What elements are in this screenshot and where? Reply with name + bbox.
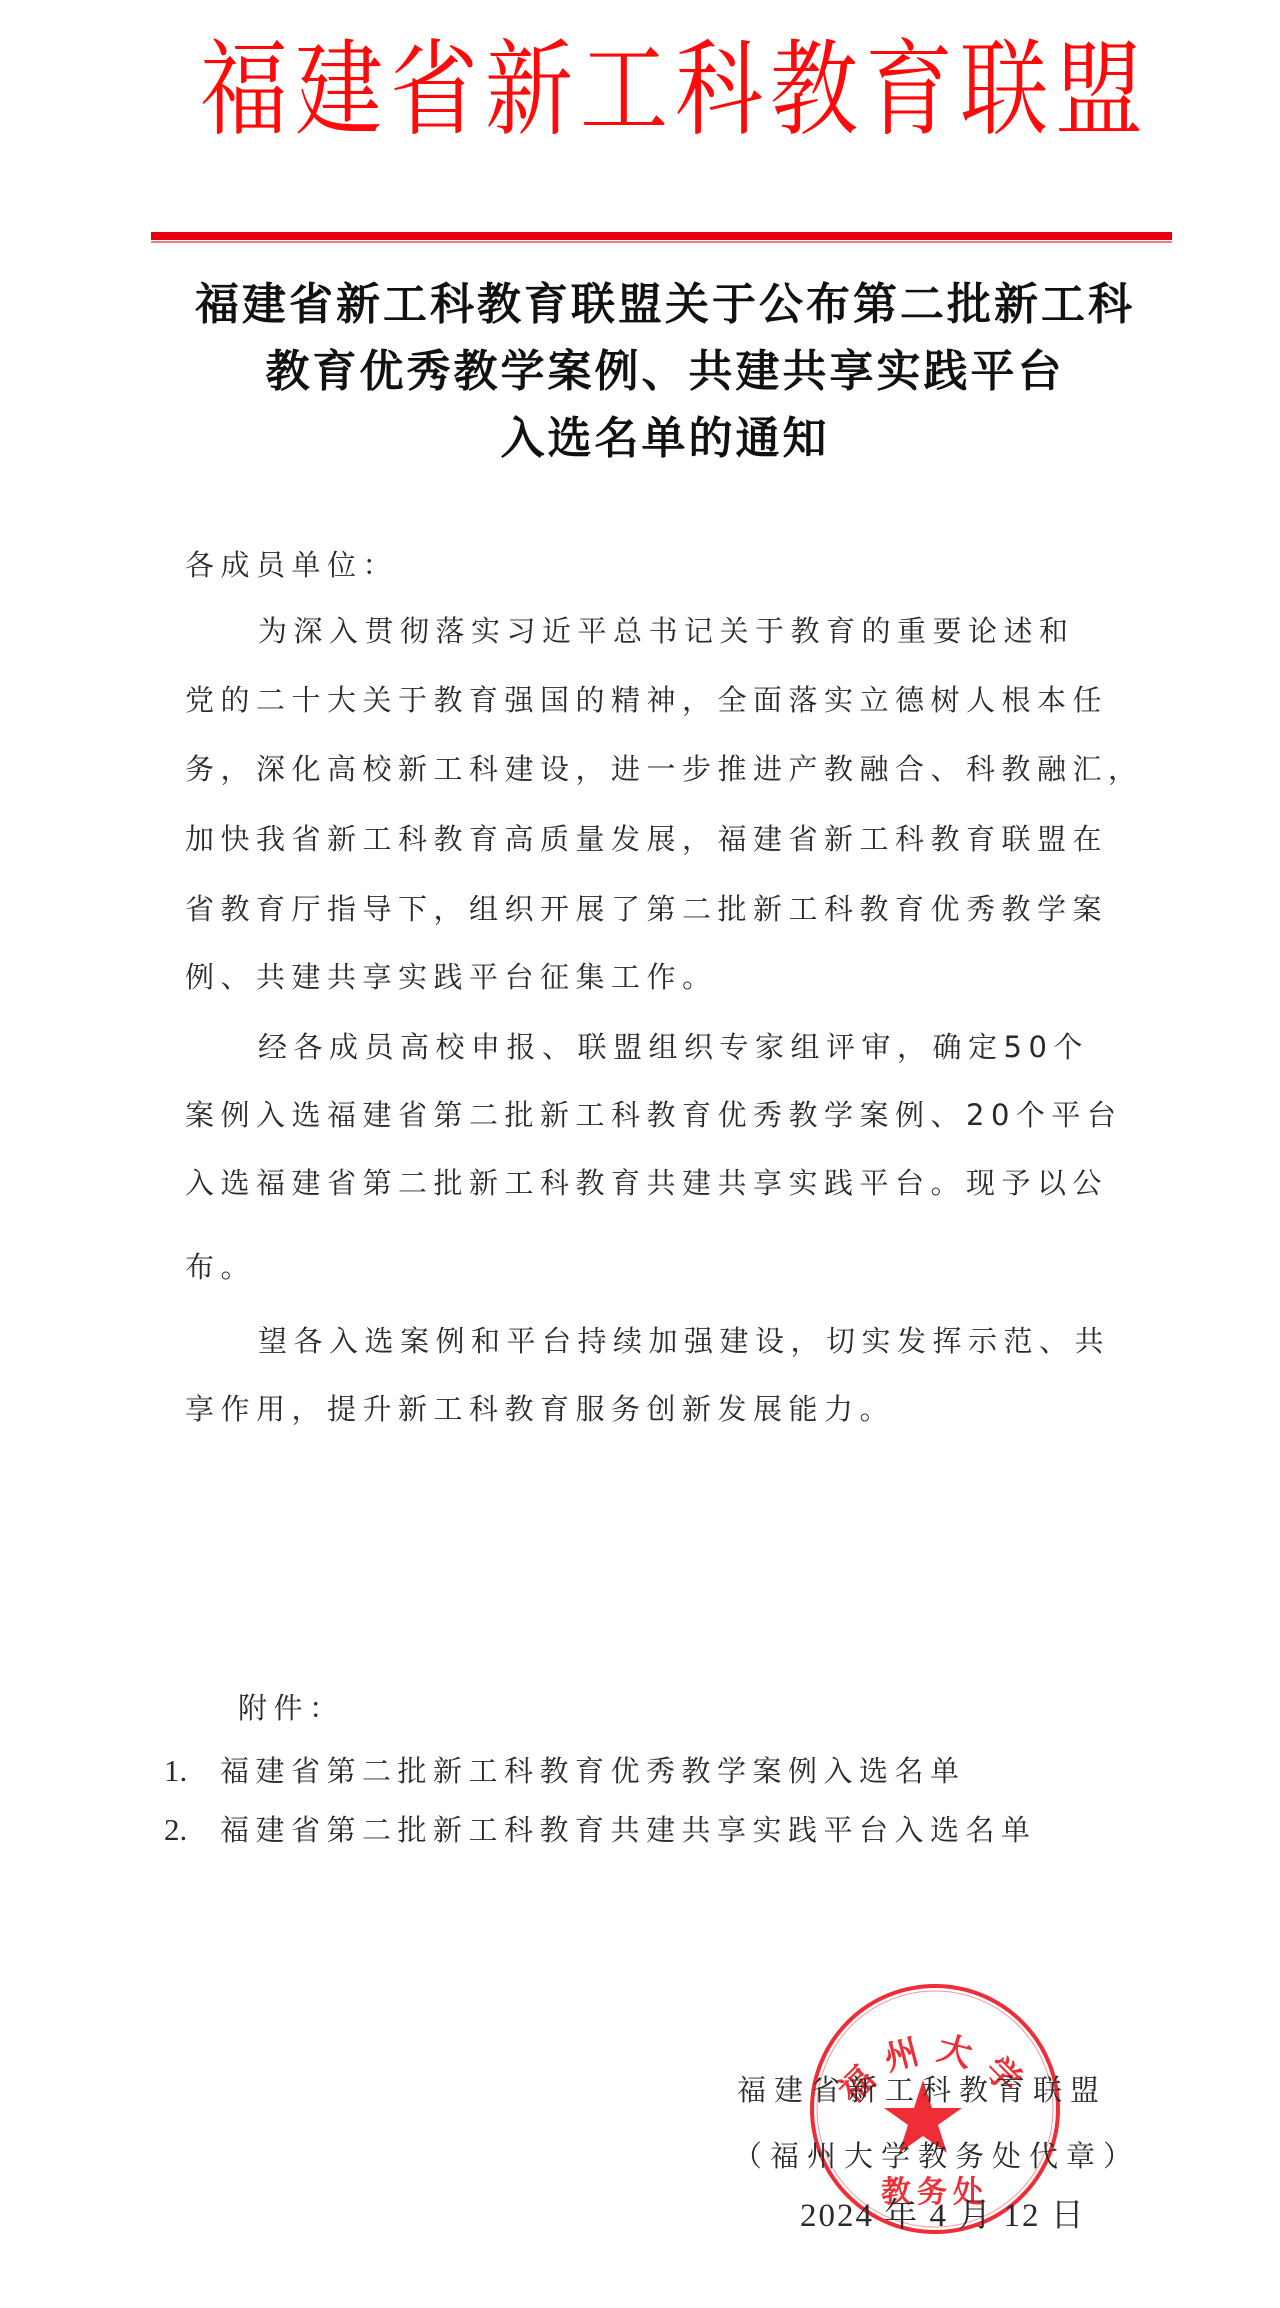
date-day-unit: 日 — [1051, 2198, 1086, 2234]
body-line: 党的二十大关于教育强国的精神，全面落实立德树人根本任 — [185, 683, 1108, 717]
salutation: 各成员单位： — [185, 548, 398, 582]
date-year-unit: 年 — [884, 2198, 919, 2234]
body-line: 加快我省新工科教育高质量发展，福建省新工科教育联盟在 — [185, 822, 1108, 856]
date-day: 12 — [1004, 2198, 1041, 2234]
signature-seal-note: （福州大学教务处代章） — [733, 2139, 1140, 2173]
signature-date: 2024 年 4 月 12 日 — [800, 2198, 1086, 2234]
attachments-label: 附件： — [238, 1691, 345, 1725]
masthead-org-name: 福建省新工科教育联盟 — [190, 19, 1160, 161]
body-line: 经各成员高校申报、联盟组织专家组评审，确定50个 — [258, 1030, 1089, 1064]
red-divider-thin — [151, 241, 1172, 243]
body-line: 望各入选案例和平台持续加强建设，切实发挥示范、共 — [258, 1324, 1110, 1358]
signature-org: 福建省新工科教育联盟 — [737, 2073, 1107, 2107]
attachment-number: 2. — [164, 1813, 187, 1847]
attachment-link-2[interactable]: 福建省第二批新工科教育共建共享实践平台入选名单 — [220, 1813, 1037, 1847]
body-line: 为深入贯彻落实习近平总书记关于教育的重要论述和 — [258, 614, 1075, 648]
doc-title-line-3: 入选名单的通知 — [0, 414, 1280, 464]
body-line: 案例入选福建省第二批新工科教育优秀教学案例、20个平台 — [185, 1098, 1122, 1132]
body-line: 例、共建共享实践平台征集工作。 — [185, 960, 718, 994]
date-year: 2024 — [800, 2198, 874, 2234]
body-line: 入选福建省第二批新工科教育共建共享实践平台。现予以公 — [185, 1166, 1108, 1200]
attachment-link-1[interactable]: 福建省第二批新工科教育优秀教学案例入选名单 — [220, 1754, 966, 1788]
date-month: 4 — [930, 2198, 949, 2234]
doc-title-line-1: 福建省新工科教育联盟关于公布第二批新工科 — [0, 280, 1280, 330]
doc-title-line-2: 教育优秀教学案例、共建共享实践平台 — [0, 347, 1280, 397]
body-line: 务，深化高校新工科建设，进一步推进产教融合、科教融汇， — [185, 752, 1144, 786]
body-line: 享作用，提升新工科教育服务创新发展能力。 — [185, 1392, 895, 1426]
body-line: 省教育厅指导下，组织开展了第二批新工科教育优秀教学案 — [185, 892, 1108, 926]
body-line: 布。 — [185, 1250, 256, 1284]
red-divider-thick — [151, 232, 1172, 240]
date-month-unit: 月 — [958, 2198, 993, 2234]
attachment-number: 1. — [164, 1754, 187, 1788]
